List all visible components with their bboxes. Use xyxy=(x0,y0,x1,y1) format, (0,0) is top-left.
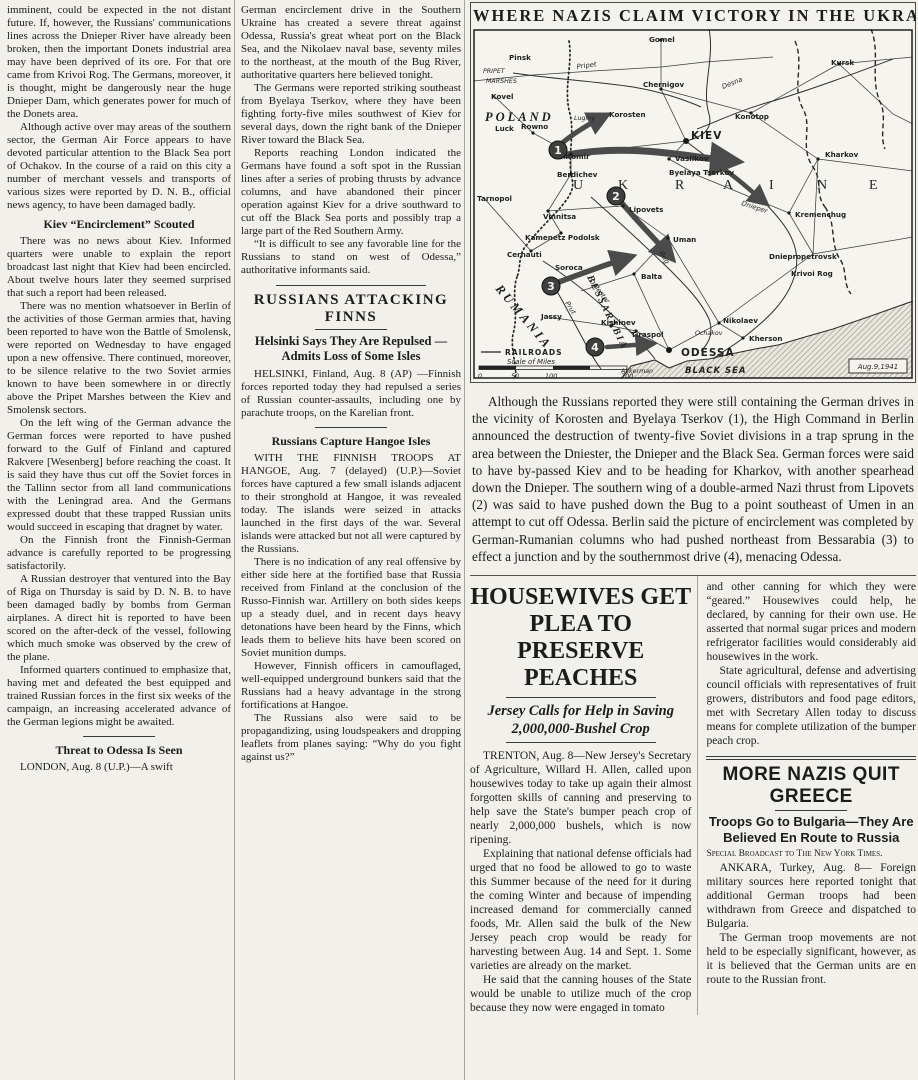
map-label-byelaya-tserkov: Byelaya Tserkov xyxy=(669,168,734,177)
map-label-tarnopol: Tarnopol xyxy=(477,194,512,203)
map-label-rowno: Rowno xyxy=(521,122,548,131)
peaches-paragraphs: TRENTON, Aug. 8—New Jersey's Secretary o… xyxy=(470,749,691,1015)
rivers xyxy=(513,29,893,369)
map-date-box: Aug.9,1941 xyxy=(849,359,907,373)
col1-lead-paragraphs: imminent, could be expected in the not d… xyxy=(7,4,231,212)
map-label-kiev: KIEV xyxy=(691,130,722,142)
paragraph: The Russians also were said to be propag… xyxy=(241,712,461,764)
divider-rule xyxy=(315,427,387,428)
subhead-troops-bulgaria: Troops Go to Bulgaria—They Are Believed … xyxy=(708,814,914,846)
map-label-desna: Desna xyxy=(721,75,744,90)
map-label-korosten: Korosten xyxy=(609,110,646,119)
paragraph: State agricultural, defense and advertis… xyxy=(706,664,916,748)
headline-russians-attacking-finns: RUSSIANS ATTACKING FINNS xyxy=(241,292,461,326)
map-label-a: A xyxy=(723,178,734,193)
map-label-chernigov: Chernigov xyxy=(643,80,684,89)
map-label-vinnitsa: Vinnitsa xyxy=(543,212,576,221)
credit-line: Special Broadcast to The New York Times. xyxy=(706,849,916,859)
map-label-tiraspol: Tiraspol xyxy=(631,330,664,339)
lower-right-column: and other canning for which they were “g… xyxy=(697,576,916,1015)
column-2: German encirclement drive in the Souther… xyxy=(241,4,461,1076)
paragraph: A Russian destroyer that ventured into t… xyxy=(7,573,231,664)
drive-number-badge-2: 2 xyxy=(607,187,625,205)
paragraph: There was no news about Kiev. Informed q… xyxy=(7,235,231,300)
paragraph: WITH THE FINNISH TROOPS AT HANGOE, Aug. … xyxy=(241,452,461,556)
svg-text:3: 3 xyxy=(547,280,555,293)
map-label-marshes: MARSHES xyxy=(486,78,517,85)
map-label-railroads: RAILROADS xyxy=(505,348,563,357)
divider-rule xyxy=(83,736,155,737)
town-markers xyxy=(529,38,840,353)
paragraph: There was no mention whatsoever in Berli… xyxy=(7,300,231,417)
paragraph: Although active over may areas of the so… xyxy=(7,121,231,212)
map-label-dnieper: Dnieper xyxy=(740,199,769,215)
paragraph: There is no indication of any real offen… xyxy=(241,556,461,660)
svg-text:2: 2 xyxy=(612,190,620,203)
divider-rule xyxy=(506,697,656,698)
map-label-100: 100 xyxy=(545,372,557,379)
headline-more-nazis-quit-greece: MORE NAZIS QUIT GREECE xyxy=(706,764,916,808)
paragraph: Informed quarters continued to emphasize… xyxy=(7,664,231,729)
map-label-kovel: Kovel xyxy=(491,92,513,101)
peaches-continuation: and other canning for which they were “g… xyxy=(706,580,916,748)
map-date: Aug.9,1941 xyxy=(857,363,898,371)
column-1: imminent, could be expected in the not d… xyxy=(7,4,231,1076)
map-label-odessa: ODESSA xyxy=(681,347,735,359)
map-label-lipovets: Lipovets xyxy=(629,205,663,214)
map-label-pinsk: Pinsk xyxy=(509,53,531,62)
svg-text:1: 1 xyxy=(554,144,562,157)
map-label-balta: Balta xyxy=(641,272,662,281)
paragraph: On the Finnish front the Finnish-German … xyxy=(7,534,231,573)
paragraph: The German troop movements are not held … xyxy=(706,931,916,987)
map-label-cernauti: Cernauti xyxy=(507,250,542,259)
hangoe-paragraphs: WITH THE FINNISH TROOPS AT HANGOE, Aug. … xyxy=(241,452,461,764)
map-label-luginy: Luginy xyxy=(574,115,595,122)
divider-rule xyxy=(506,742,656,743)
national-borders xyxy=(512,29,885,379)
paragraph: TRENTON, Aug. 8—New Jersey's Secretary o… xyxy=(470,749,691,847)
map-label-kursk: Kursk xyxy=(831,58,854,67)
col1-london-paragraph: LONDON, Aug. 8 (U.P.)—A swift xyxy=(7,761,231,774)
map-label-soroca: Soroca xyxy=(555,263,583,272)
divider-rule xyxy=(775,810,847,811)
drive-number-badge-1: 1 xyxy=(549,141,567,159)
peaches-article: HOUSEWIVES GET PLEA TO PRESERVE PEACHES … xyxy=(470,576,697,1015)
map-label-200: 200 xyxy=(621,372,633,379)
paragraph: The Germans were reported striking south… xyxy=(241,82,461,147)
paragraph: German encirclement drive in the Souther… xyxy=(241,4,461,82)
map-label-i: I xyxy=(769,178,774,193)
paragraph: Reports reaching London indicated the Ge… xyxy=(241,147,461,238)
paragraph: He said that the canning houses of the S… xyxy=(470,973,691,1015)
map-label-jassy: Jassy xyxy=(540,312,562,321)
divider-rule xyxy=(276,285,426,286)
divider-rule xyxy=(315,329,387,330)
column-rule xyxy=(464,0,465,1080)
paragraph: LONDON, Aug. 8 (U.P.)—A swift xyxy=(7,761,231,774)
map-label-ochakov: Ochakov xyxy=(695,330,723,337)
paragraph: ANKARA, Turkey, Aug. 8— Foreign military… xyxy=(706,861,916,931)
column-rule xyxy=(234,0,235,1080)
map-title: WHERE NAZIS CLAIM VICTORY IN THE UKRAINE xyxy=(473,4,913,29)
map-label-vasilkov: Vasilkov xyxy=(675,154,709,163)
map-label-kharkov: Kharkov xyxy=(825,150,859,159)
lower-articles: HOUSEWIVES GET PLEA TO PRESERVE PEACHES … xyxy=(470,575,916,1015)
map-block: WHERE NAZIS CLAIM VICTORY IN THE UKRAINE xyxy=(470,2,916,383)
map-label-nikolaev: Nikolaev xyxy=(723,316,758,325)
map-label-n: N xyxy=(817,178,827,193)
paragraph: imminent, could be expected in the not d… xyxy=(7,4,231,121)
paragraph: HELSINKI, Finland, Aug. 8 (AP) —Finnish … xyxy=(241,368,461,420)
col2-lead-paragraphs: German encirclement drive in the Souther… xyxy=(241,4,461,277)
double-divider-rule xyxy=(706,756,916,760)
finns-paragraphs: HELSINKI, Finland, Aug. 8 (AP) —Finnish … xyxy=(241,368,461,420)
map-label-luck: Luck xyxy=(495,124,514,133)
right-section: WHERE NAZIS CLAIM VICTORY IN THE UKRAINE xyxy=(470,2,916,1078)
paragraph: and other canning for which they were “g… xyxy=(706,580,916,664)
drive-number-badge-3: 3 xyxy=(542,277,560,295)
map-label-0: 0 xyxy=(478,372,482,379)
map-label-r: R xyxy=(675,178,685,193)
map-label-kamenetz-podolsk: Kamenetz Podolsk xyxy=(525,233,600,242)
ukraine-war-map: Aug.9,1941 PinskPRIPETMARSHESKovelPOLAND… xyxy=(473,29,913,379)
map-label-kherson: Kherson xyxy=(749,334,782,343)
railroad-lines xyxy=(473,40,913,350)
newspaper-page: imminent, could be expected in the not d… xyxy=(0,0,918,1080)
subhead-jersey-crop: Jersey Calls for Help in Saving 2,000,00… xyxy=(478,702,683,738)
map-label-e: E xyxy=(869,178,878,193)
map-label-scale-of-miles: Scale of Miles xyxy=(507,358,555,366)
subhead-helsinki-repulsed: Helsinki Says They Are Repulsed —Admits … xyxy=(247,334,455,364)
paragraph: However, Finnish officers in camouflaged… xyxy=(241,660,461,712)
subhead-threat-odessa: Threat to Odessa Is Seen xyxy=(7,743,231,757)
map-label-dniepropetrovsk: Dniepropetrovsk xyxy=(769,252,837,261)
paragraph: On the left wing of the German advance t… xyxy=(7,417,231,534)
subhead-kiev-encirclement: Kiev “Encirclement” Scouted xyxy=(7,217,231,231)
paragraph: “It is difficult to see any favorable li… xyxy=(241,238,461,277)
headline-housewives-peaches: HOUSEWIVES GET PLEA TO PRESERVE PEACHES xyxy=(470,584,691,692)
map-caption: Although the Russians reported they were… xyxy=(472,393,914,565)
map-label-uman: Uman xyxy=(673,235,696,244)
greece-paragraphs: ANKARA, Turkey, Aug. 8— Foreign military… xyxy=(706,861,916,987)
map-label-kremenchug: Kremenchug xyxy=(795,210,846,219)
map-label-gomel: Gomel xyxy=(649,35,675,44)
subhead-hangoe-isles: Russians Capture Hangoe Isles xyxy=(241,434,461,448)
map-label-pripet: PRIPET xyxy=(483,68,506,75)
paragraph: Explaining that national defense officia… xyxy=(470,847,691,973)
map-label-black-sea: BLACK SEA xyxy=(685,366,747,376)
map-label-50: 50 xyxy=(511,372,519,379)
col1-body-paragraphs: There was no news about Kiev. Informed q… xyxy=(7,235,231,729)
map-label-krivoi-rog: Krivoi Rog xyxy=(791,269,833,278)
map-label-konotop: Konotop xyxy=(735,112,769,121)
map-label-prut: Prut xyxy=(563,300,577,316)
greece-article: MORE NAZIS QUIT GREECE Troops Go to Bulg… xyxy=(706,764,916,987)
svg-text:4: 4 xyxy=(591,341,599,354)
map-label-u: U xyxy=(573,178,583,193)
map-label-pripet: Pripet xyxy=(576,60,597,71)
drive-number-badge-4: 4 xyxy=(586,338,604,356)
